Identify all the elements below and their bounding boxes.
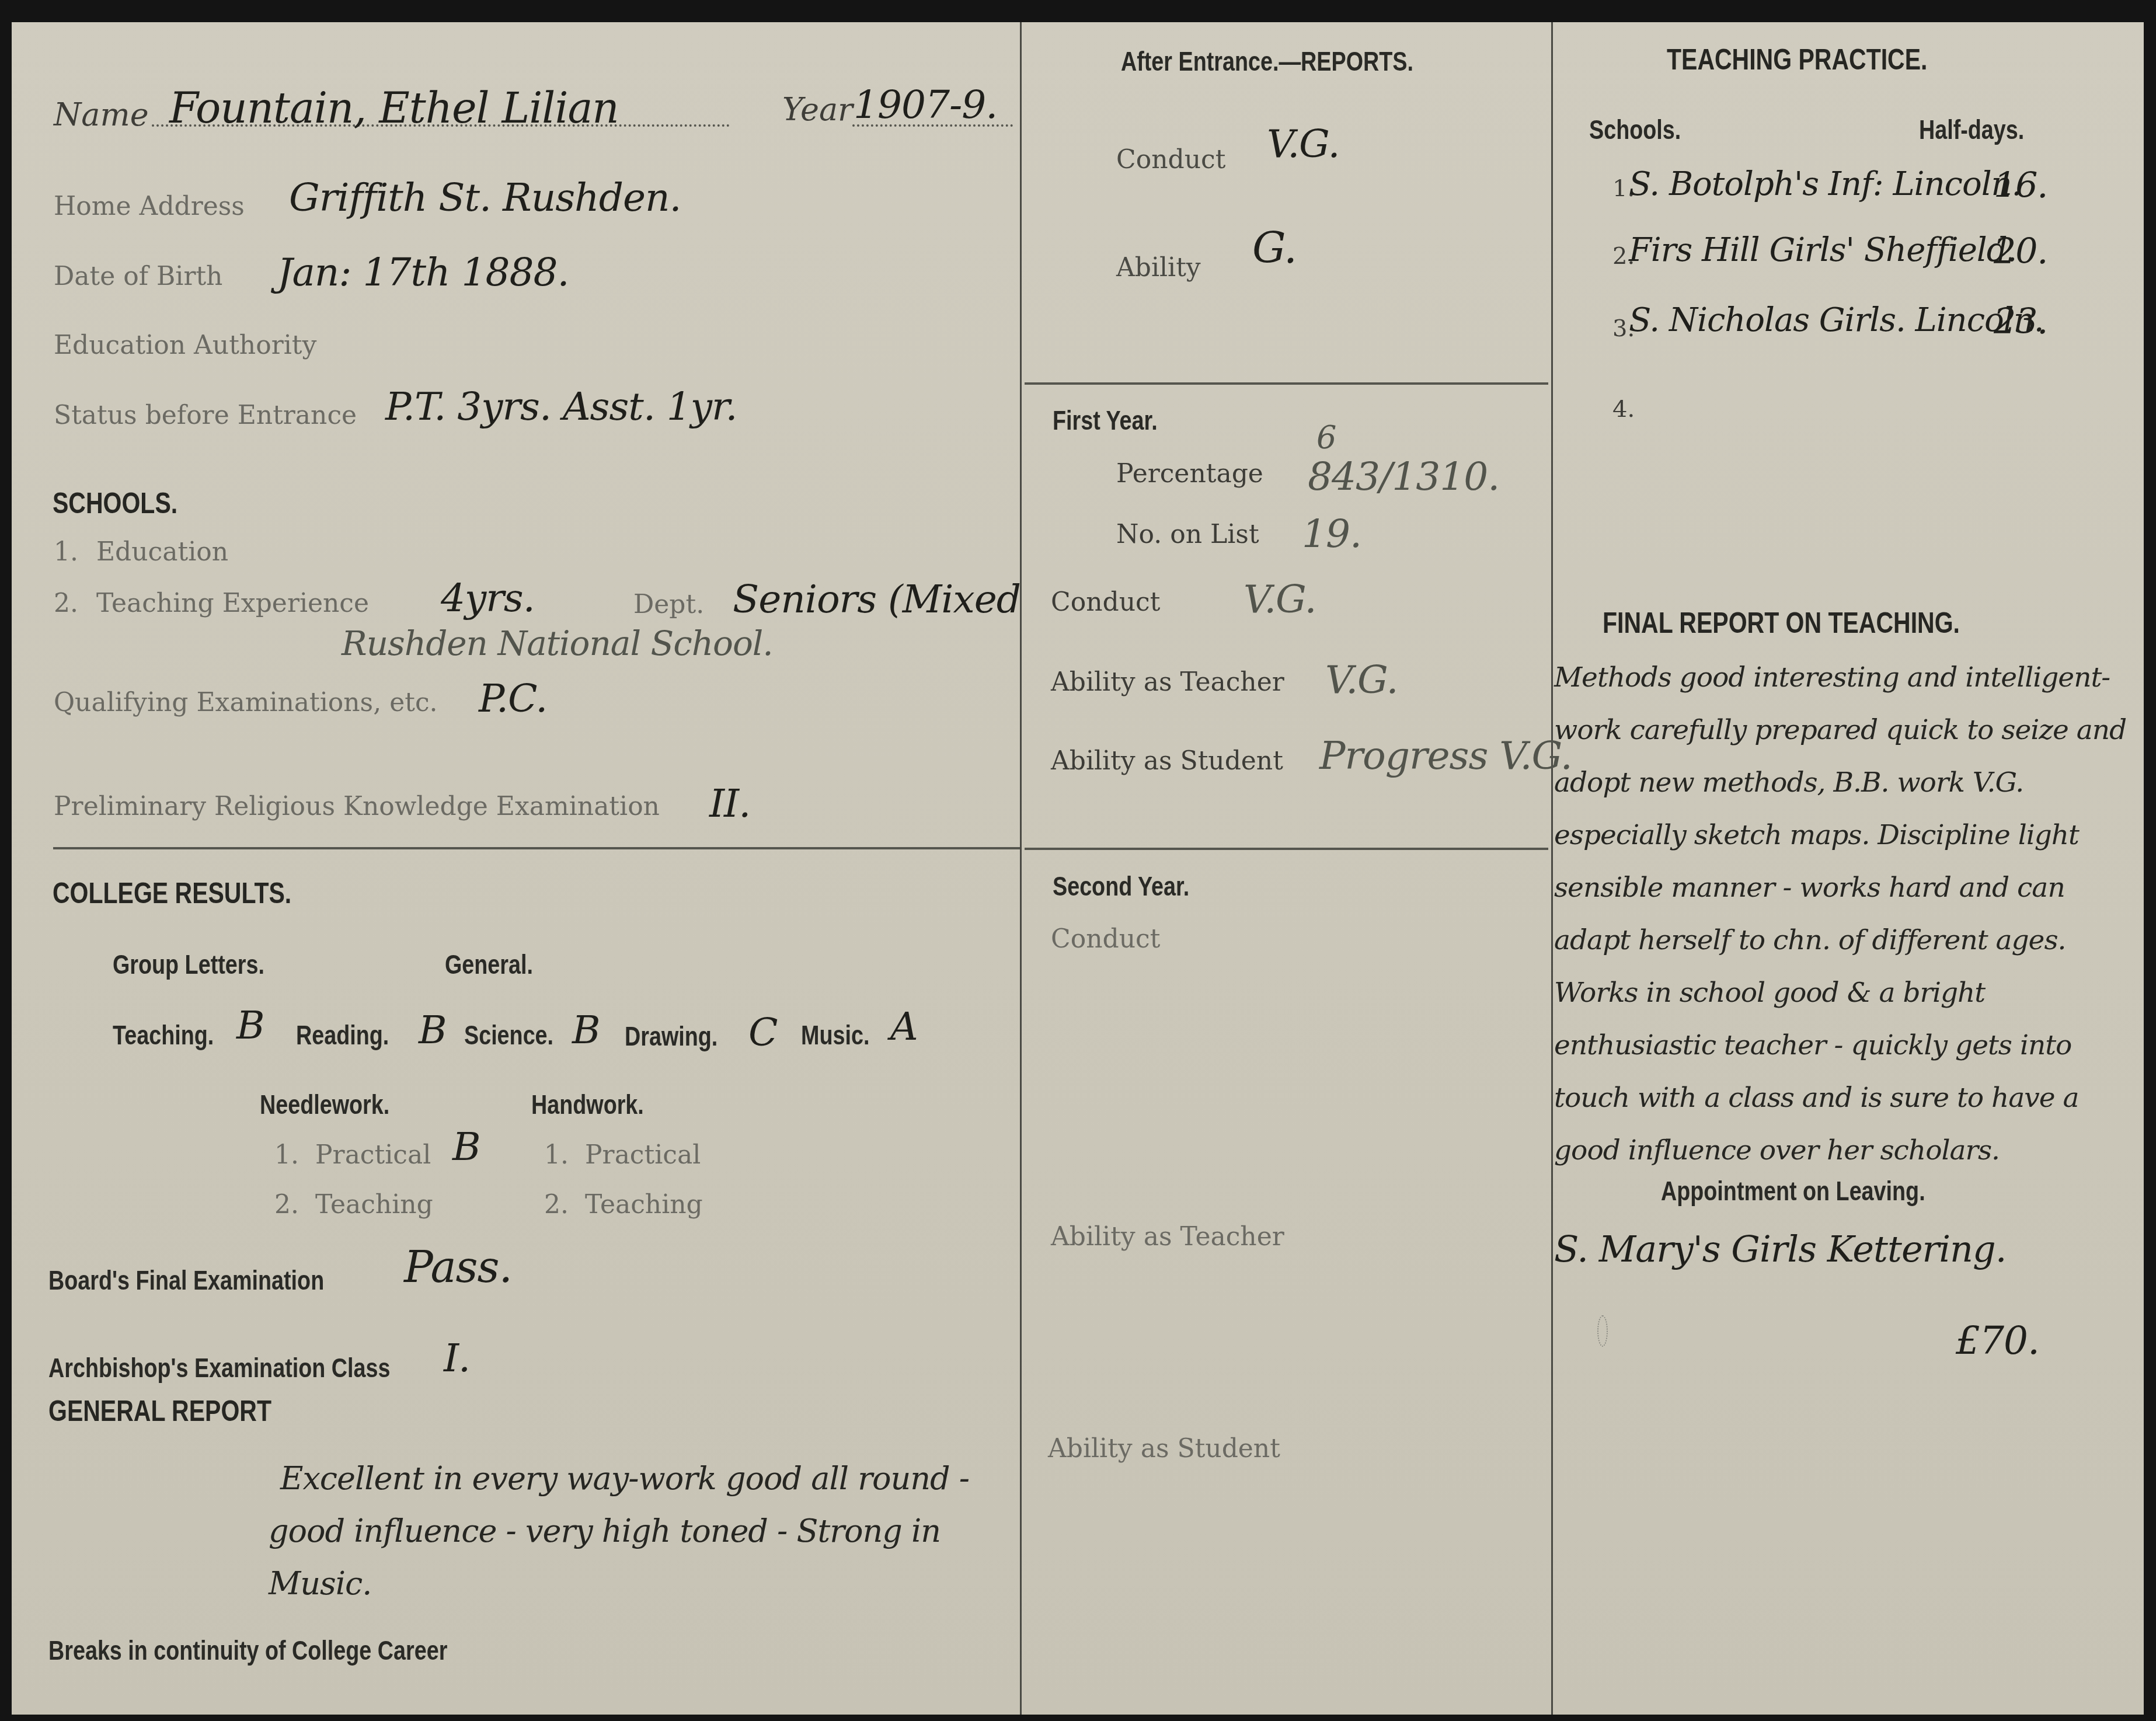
grade-drawing-label: Drawing. [625,1020,717,1052]
first-year-conduct-value: V.G. [1244,577,1316,622]
needlework-practical-value: B [452,1124,480,1169]
second-year-ability-teacher-label: Ability as Teacher [1051,1222,1284,1252]
general-label: General. [445,949,533,980]
ink-smudge-mark [1597,1315,1608,1347]
after-entrance-conduct-value: V.G. [1267,121,1339,166]
status-value: P.T. 3yrs. Asst. 1yr. [385,384,737,429]
teaching-experience-label: Teaching Experience [96,588,369,618]
after-entrance-conduct-label: Conduct [1116,145,1225,175]
handwork-practical-num: 1. [544,1140,569,1170]
needlework-teaching-label: Teaching [315,1190,433,1220]
tp-halfdays-col-header: Half-days. [1919,114,2024,145]
tp-row-halfdays: 23. [1994,301,2047,342]
appointment-heading: Appointment on Leaving. [1661,1175,1925,1207]
first-year-heading: First Year. [1053,405,1158,436]
tp-row-school: S. Botolph's Inf: Lincoln. [1629,165,2021,203]
grade-reading-label: Reading. [296,1019,389,1051]
archbishops-exam-label: Archbishop's Examination Class [48,1352,390,1384]
schools-heading: SCHOOLS. [53,486,177,520]
college-results-heading: COLLEGE RESULTS. [53,876,291,910]
no-on-list-value: 19. [1302,511,1361,556]
dob-value: Jan: 17th 1888. [277,250,569,295]
second-year-ability-student-label: Ability as Student [1048,1434,1280,1464]
teaching-experience-num: 2. [54,588,78,618]
needlework-practical-label: Practical [315,1140,431,1170]
tp-row-halfdays: 16. [1994,165,2047,206]
education-label: Education [96,537,228,567]
grade-teaching-value: B [236,1003,264,1048]
second-year-heading: Second Year. [1053,870,1189,902]
general-report-heading: GENERAL REPORT [48,1394,271,1428]
percentage-value: 843/1310. [1308,454,1499,499]
teaching-practice-heading: TEACHING PRACTICE. [1667,43,1927,76]
religious-exam-label: Preliminary Religious Knowledge Examinat… [54,792,660,821]
previous-school-value: Rushden National School. [342,623,773,663]
handwork-teaching-label: Teaching [585,1190,703,1220]
divider-left-college [53,847,1020,849]
grade-teaching-label: Teaching. [113,1019,214,1051]
grade-music-value: A [890,1004,918,1049]
home-address-label: Home Address [54,191,245,221]
boards-final-value: Pass. [404,1242,512,1293]
home-address-value: Griffith St. Rushden. [289,175,681,220]
column-divider-right [1551,22,1553,1715]
needlework-practical-num: 1. [274,1140,299,1170]
breaks-label: Breaks in continuity of College Career [48,1635,447,1666]
tp-row-school: S. Nicholas Girls. Lincoln. [1629,301,2044,339]
year-label: Year [782,91,853,128]
name-label: Name [54,96,149,133]
after-entrance-ability-value: G. [1252,224,1297,273]
qualifying-exams-value: P.C. [479,676,547,721]
percentage-label: Percentage [1116,459,1263,489]
education-num: 1. [54,537,78,567]
tp-schools-col-header: Schools. [1589,114,1681,145]
column-divider-left [1020,22,1022,1715]
needlework-label: Needlework. [260,1089,389,1120]
final-report-text: Methods good interesting and intelligent… [1554,652,2144,1177]
education-authority-label: Education Authority [54,330,316,360]
student-record-card: Name Fountain, Ethel Lilian Year 1907-9.… [12,22,2144,1715]
grade-science-label: Science. [464,1019,553,1051]
divider-mid-second-year [1025,848,1548,850]
year-value: 1907-9. [854,82,997,127]
final-report-heading: FINAL REPORT ON TEACHING. [1603,606,1960,640]
first-year-ability-teacher-value: V.G. [1325,657,1398,702]
grade-reading-value: B [419,1008,447,1053]
qualifying-exams-label: Qualifying Examinations, etc. [54,688,438,717]
needlework-teaching-num: 2. [274,1190,299,1220]
name-value: Fountain, Ethel Lilian [169,83,619,133]
second-year-conduct-label: Conduct [1051,924,1160,954]
teaching-experience-value: 4yrs. [441,576,535,621]
group-letters-label: Group Letters. [113,949,264,980]
dob-label: Date of Birth [54,262,222,291]
dept-value: Seniors (Mixed [733,577,1020,622]
first-year-ability-student-value: Progress V.G. [1319,733,1572,778]
tp-row-num: 4. [1612,396,1635,423]
handwork-practical-label: Practical [585,1140,701,1170]
appointment-value: S. Mary's Girls Kettering. [1554,1228,2006,1270]
first-year-ability-teacher-label: Ability as Teacher [1051,667,1284,697]
status-label: Status before Entrance [54,400,357,430]
grade-drawing-value: C [748,1010,778,1055]
appointment-salary: £70. [1956,1318,2039,1363]
percentage-correction: 6 [1316,419,1336,456]
handwork-label: Handwork. [531,1089,644,1120]
grade-science-value: B [572,1008,600,1053]
handwork-teaching-num: 2. [544,1190,569,1220]
tp-row-school: Firs Hill Girls' Sheffield. [1629,231,2016,269]
religious-exam-value: II. [709,781,750,826]
first-year-conduct-label: Conduct [1051,587,1160,617]
dept-label: Dept. [633,590,704,619]
boards-final-label: Board's Final Examination [48,1264,324,1296]
grade-music-label: Music. [801,1019,869,1051]
archbishops-exam-value: I. [444,1336,470,1381]
no-on-list-label: No. on List [1116,520,1259,549]
after-entrance-heading: After Entrance.—REPORTS. [1121,46,1413,77]
tp-row-halfdays: 20. [1994,231,2047,272]
first-year-ability-student-label: Ability as Student [1051,746,1283,776]
divider-mid-first-year [1025,382,1548,385]
general-report-text: Excellent in every way-work good all rou… [269,1452,1004,1610]
after-entrance-ability-label: Ability [1116,253,1201,283]
